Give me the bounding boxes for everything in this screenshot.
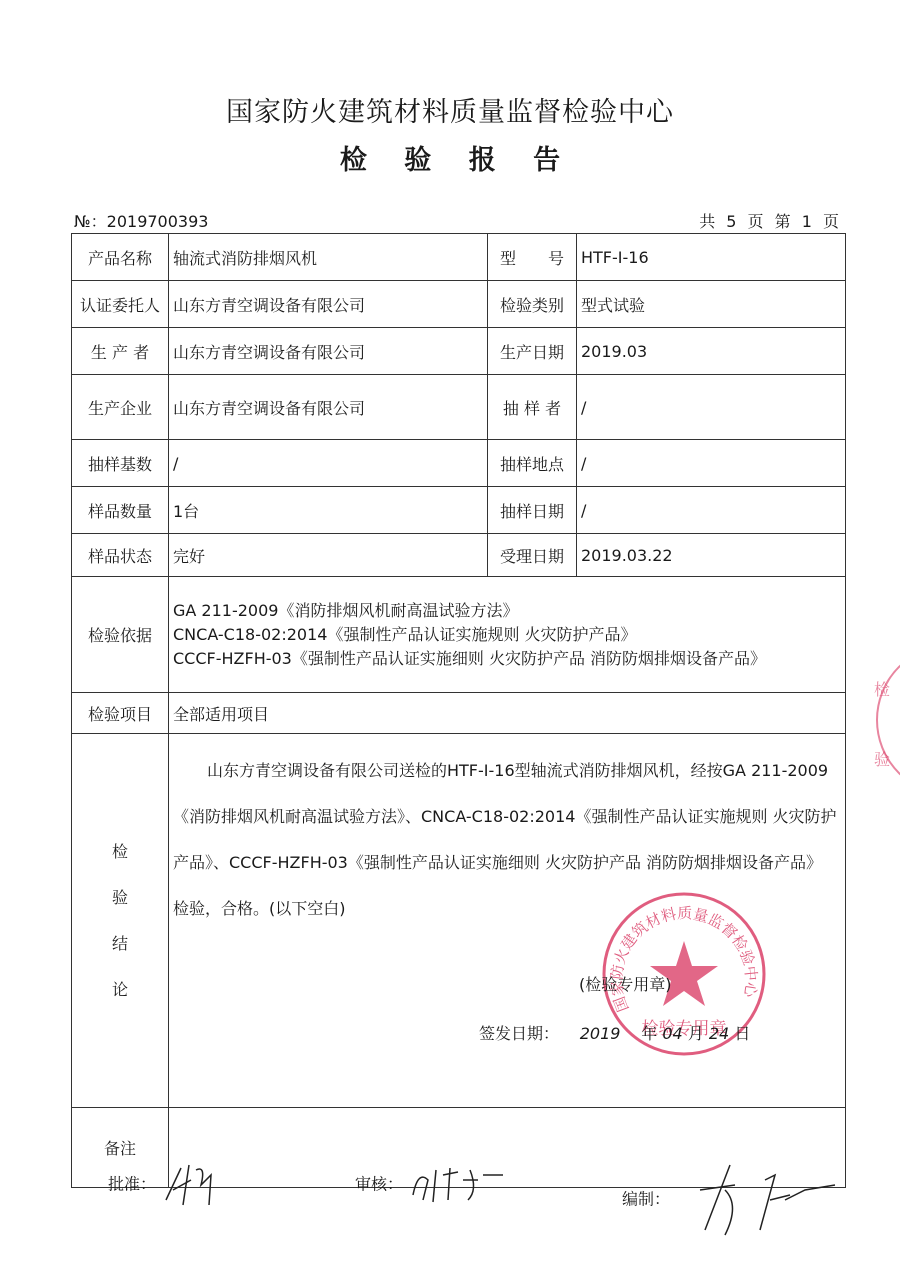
handwritten-signature-icon xyxy=(695,1160,865,1240)
review-signature: 审核： xyxy=(355,1160,508,1210)
field-label: 型 号 xyxy=(488,234,577,281)
field-value: / xyxy=(577,487,846,534)
org-name: 国家防火建筑材料质量监督检验中心 xyxy=(0,90,900,129)
field-value: 山东方青空调设备有限公司 xyxy=(169,375,488,440)
field-value: / xyxy=(577,440,846,487)
field-label: 生产企业 xyxy=(72,375,169,440)
issue-date-label: 签发日期： xyxy=(479,1024,559,1043)
pagination: 共 5 页 第 1 页 xyxy=(699,209,842,232)
conclusion-label-char: 结 xyxy=(76,921,164,967)
stamp-note: (检验专用章) xyxy=(579,972,672,995)
conclusion-label-char: 检 xyxy=(76,829,164,875)
svg-text:检: 检 xyxy=(874,680,890,699)
report-number: №：2019700393 xyxy=(74,209,208,232)
report-no-value: 2019700393 xyxy=(107,212,209,231)
field-value: 完好 xyxy=(169,534,488,577)
year-unit: 年 xyxy=(641,1024,657,1043)
conclusion-label: 检 验 结 论 xyxy=(72,734,169,1108)
field-label: 样品状态 xyxy=(72,534,169,577)
table-row-items: 检验项目 全部适用项目 xyxy=(72,693,846,734)
report-no-label: №： xyxy=(74,212,107,231)
conclusion-cell: 山东方青空调设备有限公司送检的HTF-I-16型轴流式消防排烟风机，经按GA 2… xyxy=(169,734,846,1108)
field-value: 山东方青空调设备有限公司 xyxy=(169,281,488,328)
items-value: 全部适用项目 xyxy=(169,693,846,734)
basis-item: GA 211-2009《消防排烟风机耐高温试验方法》 xyxy=(173,599,841,623)
review-label: 审核： xyxy=(355,1175,403,1194)
approve-signature: 批准： xyxy=(108,1160,231,1210)
table-row: 抽样基数 / 抽样地点 / xyxy=(72,440,846,487)
approve-label: 批准： xyxy=(108,1175,156,1194)
field-label: 抽样日期 xyxy=(488,487,577,534)
handwritten-signature-icon xyxy=(161,1160,231,1210)
table-row: 样品状态 完好 受理日期 2019.03.22 xyxy=(72,534,846,577)
field-value: 1台 xyxy=(169,487,488,534)
report-table: 产品名称 轴流式消防排烟风机 型 号 HTF-I-16 认证委托人 山东方青空调… xyxy=(71,233,846,1188)
field-label: 抽样地点 xyxy=(488,440,577,487)
field-label: 样品数量 xyxy=(72,487,169,534)
month-unit: 月 xyxy=(688,1024,704,1043)
table-row: 生产企业 山东方青空调设备有限公司 抽 样 者 / xyxy=(72,375,846,440)
field-value: 2019.03.22 xyxy=(577,534,846,577)
field-label: 检验类别 xyxy=(488,281,577,328)
table-row-basis: 检验依据 GA 211-2009《消防排烟风机耐高温试验方法》 CNCA-C18… xyxy=(72,577,846,693)
compile-signature: 编制： xyxy=(622,1160,865,1240)
table-row: 产品名称 轴流式消防排烟风机 型 号 HTF-I-16 xyxy=(72,234,846,281)
field-value: HTF-I-16 xyxy=(577,234,846,281)
basis-item: CNCA-C18-02:2014《强制性产品认证实施规则 火灾防护产品》 xyxy=(173,623,841,647)
field-label: 产品名称 xyxy=(72,234,169,281)
issue-year: 2019 xyxy=(564,1024,636,1043)
table-row: 样品数量 1台 抽样日期 / xyxy=(72,487,846,534)
basis-label: 检验依据 xyxy=(72,577,169,693)
field-value: 轴流式消防排烟风机 xyxy=(169,234,488,281)
day-unit: 日 xyxy=(734,1024,750,1043)
handwritten-signature-icon xyxy=(408,1160,508,1210)
field-value: / xyxy=(169,440,488,487)
field-label: 抽样基数 xyxy=(72,440,169,487)
basis-item: CCCF-HZFH-03《强制性产品认证实施细则 火灾防护产品 消防防烟排烟设备… xyxy=(173,647,841,671)
field-value: / xyxy=(577,375,846,440)
issue-month: 04 xyxy=(662,1024,682,1043)
field-value: 2019.03 xyxy=(577,328,846,375)
compile-label: 编制： xyxy=(622,1190,670,1209)
field-label: 抽 样 者 xyxy=(488,375,577,440)
doc-title: 检 验 报 告 xyxy=(0,138,900,177)
conclusion-label-char: 验 xyxy=(76,875,164,921)
issue-date: 签发日期： 2019 年 04 月 24 日 xyxy=(479,1021,750,1044)
svg-text:验: 验 xyxy=(874,750,890,769)
field-value: 型式试验 xyxy=(577,281,846,328)
field-label: 认证委托人 xyxy=(72,281,169,328)
field-label: 受理日期 xyxy=(488,534,577,577)
partial-seal-icon: 检 验 xyxy=(872,640,900,800)
items-label: 检验项目 xyxy=(72,693,169,734)
table-row: 生 产 者 山东方青空调设备有限公司 生产日期 2019.03 xyxy=(72,328,846,375)
issue-day: 24 xyxy=(709,1024,729,1043)
table-row-conclusion: 检 验 结 论 山东方青空调设备有限公司送检的HTF-I-16型轴流式消防排烟风… xyxy=(72,734,846,1108)
basis-list: GA 211-2009《消防排烟风机耐高温试验方法》 CNCA-C18-02:2… xyxy=(169,577,846,693)
field-value: 山东方青空调设备有限公司 xyxy=(169,328,488,375)
field-label: 生 产 者 xyxy=(72,328,169,375)
table-row: 认证委托人 山东方青空调设备有限公司 检验类别 型式试验 xyxy=(72,281,846,328)
conclusion-label-char: 论 xyxy=(76,967,164,1013)
field-label: 生产日期 xyxy=(488,328,577,375)
